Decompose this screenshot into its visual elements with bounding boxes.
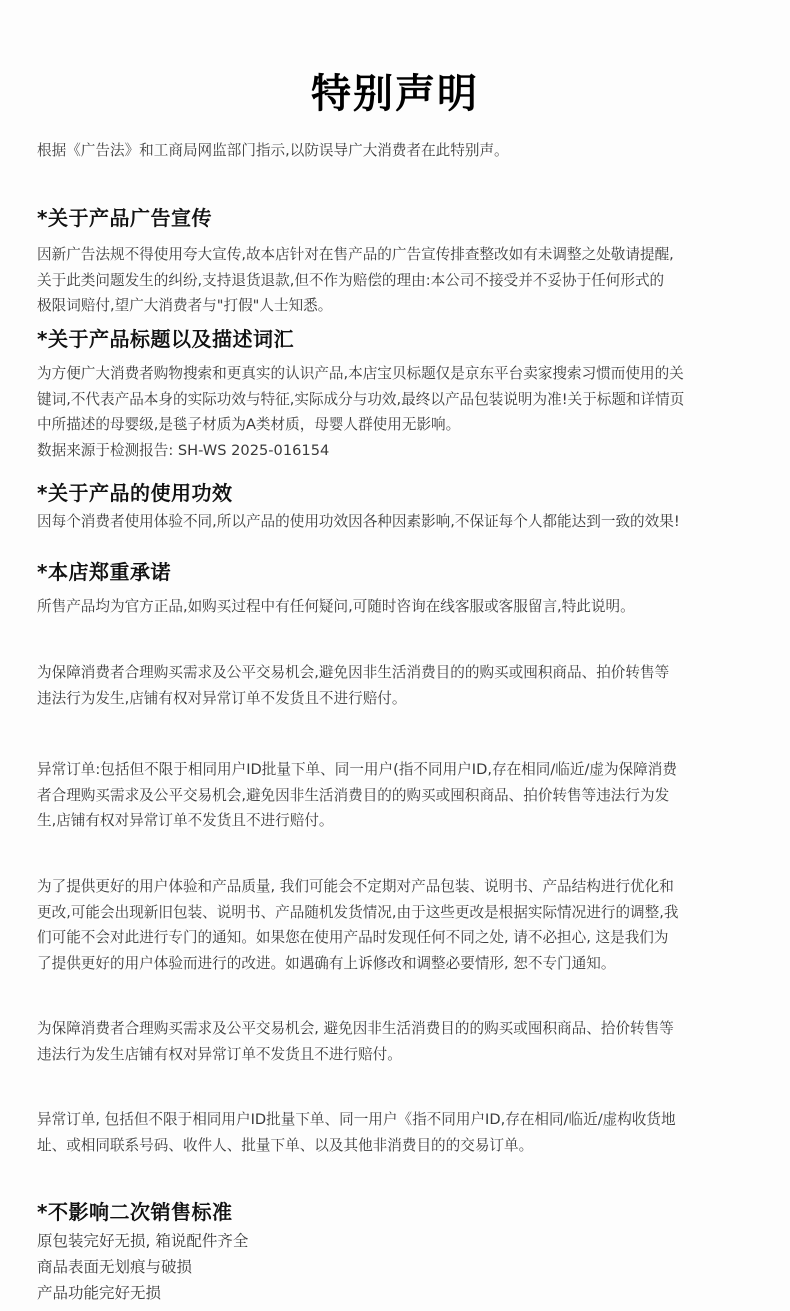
text-line: 因新广告法规不得使用夸大宣传,故本店针对在售产品的广告宣传排查整改如有未调整之处… (37, 242, 780, 268)
text-line: 中所描述的母婴级,是毯子材质为A类材质，母婴人群使用无影响。 (37, 412, 780, 438)
section-heading-advertising: *关于产品广告宣传 (37, 202, 780, 231)
section-body-resale: 原包装完好无损, 箱说配件齐全 商品表面无划痕与破损 产品功能完好无损 (37, 1228, 780, 1306)
text-line: 为方便广大消费者购物搜索和更真实的认识产品,本店宝贝标题仅是京东平台卖家搜索习惯… (37, 361, 780, 387)
text-line: 违法行为发生店铺有权对异常订单不发货且不进行赔付。 (37, 1042, 780, 1068)
text-line: 产品功能完好无损 (37, 1280, 780, 1306)
section-heading-efficacy: *关于产品的使用功效 (37, 477, 780, 506)
text-line: 违法行为发生,店铺有权对异常订单不发货且不进行赔付。 (37, 686, 780, 712)
paragraph-purchase-policy-2: 为保障消费者合理购买需求及公平交易机会, 避免因非生活消费目的的购买或囤积商品、… (37, 1016, 780, 1067)
section-heading-title-description: *关于产品标题以及描述词汇 (37, 323, 780, 352)
section-heading-promise: *本店郑重承诺 (37, 556, 780, 585)
text-line: 为保障消费者合理购买需求及公平交易机会,避免因非生活消费目的的购买或囤积商品、拍… (37, 660, 780, 686)
text-line: 更改,可能会出现新旧包装、说明书、产品随机发货情况,由于这些更改是根据实际情况进… (37, 900, 780, 926)
text-line: 原包装完好无损, 箱说配件齐全 (37, 1228, 780, 1254)
text-line: 所售产品均为官方正品,如购买过程中有任何疑问,可随时咨询在线客服或客服留言,特此… (37, 594, 780, 620)
text-line: 因每个消费者使用体验不同,所以产品的使用功效因各种因素影响,不保证每个人都能达到… (37, 509, 780, 535)
page-title: 特别声明 (0, 62, 790, 119)
section-body-efficacy: 因每个消费者使用体验不同,所以产品的使用功效因各种因素影响,不保证每个人都能达到… (37, 509, 780, 535)
paragraph-packaging-changes: 为了提供更好的用户体验和产品质量, 我们可能会不定期对产品包装、说明书、产品结构… (37, 874, 780, 976)
test-report-line: 数据来源于检测报告: SH-WS 2025-016154 (37, 438, 780, 464)
text-line: 商品表面无划痕与破损 (37, 1254, 780, 1280)
text-line: 为保障消费者合理购买需求及公平交易机会, 避免因非生活消费目的的购买或囤积商品、… (37, 1016, 780, 1042)
text-line: 者合理购买需求及公平交易机会,避免因非生活消费目的的购买或囤积商品、拍价转售等违… (37, 783, 780, 809)
text-line: 异常订单, 包括但不限于相同用户ID批量下单、同一用户《指不同用户ID,存在相同… (37, 1107, 780, 1133)
text-line: 了提供更好的用户体验而进行的改进。如遇确有上诉修改和调整必要情形, 恕不专门通知… (37, 951, 780, 977)
text-line: 生,店铺有权对异常订单不发货且不进行赔付。 (37, 808, 780, 834)
section-heading-resale: *不影响二次销售标准 (37, 1196, 780, 1225)
section-body-title-description: 为方便广大消费者购物搜索和更真实的认识产品,本店宝贝标题仅是京东平台卖家搜索习惯… (37, 361, 780, 463)
paragraph-abnormal-orders-2: 异常订单, 包括但不限于相同用户ID批量下单、同一用户《指不同用户ID,存在相同… (37, 1107, 780, 1158)
text-line: 们可能不会对此进行专门的通知。如果您在使用产品时发现任何不同之处, 请不必担心,… (37, 925, 780, 951)
text-line: 址、或相同联系号码、收件人、批量下单、以及其他非消费目的的交易订单。 (37, 1133, 780, 1159)
section-body-advertising: 因新广告法规不得使用夸大宣传,故本店针对在售产品的广告宣传排查整改如有未调整之处… (37, 242, 780, 319)
text-line: 异常订单:包括但不限于相同用户ID批量下单、同一用户(指不同用户ID,存在相同/… (37, 757, 780, 783)
intro-text: 根据《广告法》和工商局网监部门指示,以防误导广大消费者在此特别声。 (37, 138, 780, 164)
text-line: 键词,不代表产品本身的实际功效与特征,实际成分与功效,最终以产品包装说明为准!关… (37, 387, 780, 413)
paragraph-abnormal-orders: 异常订单:包括但不限于相同用户ID批量下单、同一用户(指不同用户ID,存在相同/… (37, 757, 780, 834)
text-line: 关于此类问题发生的纠纷,支持退货退款,但不作为赔偿的理由:本公司不接受并不妥协于… (37, 268, 780, 294)
text-line: 极限词赔付,望广大消费者与"打假"人士知悉。 (37, 293, 780, 319)
section-body-promise: 所售产品均为官方正品,如购买过程中有任何疑问,可随时咨询在线客服或客服留言,特此… (37, 594, 780, 620)
paragraph-purchase-policy: 为保障消费者合理购买需求及公平交易机会,避免因非生活消费目的的购买或囤积商品、拍… (37, 660, 780, 711)
text-line: 为了提供更好的用户体验和产品质量, 我们可能会不定期对产品包装、说明书、产品结构… (37, 874, 780, 900)
